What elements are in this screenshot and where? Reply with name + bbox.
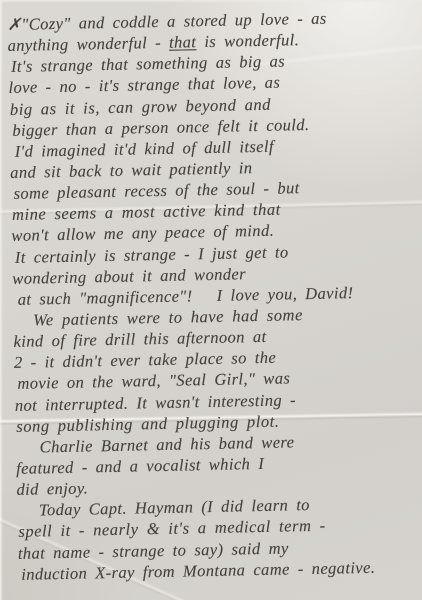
paper-edge-left (0, 0, 3, 600)
underlined-word: that (169, 32, 197, 52)
paper-edge-top (0, 0, 422, 3)
line-text: is wonderful. (196, 30, 299, 51)
handwritten-text: ✗"Cozy" and coddle a stored up love - as… (7, 6, 422, 585)
line-text: anything wonderful - (7, 33, 169, 55)
letter-page: ✗"Cozy" and coddle a stored up love - as… (0, 0, 422, 600)
